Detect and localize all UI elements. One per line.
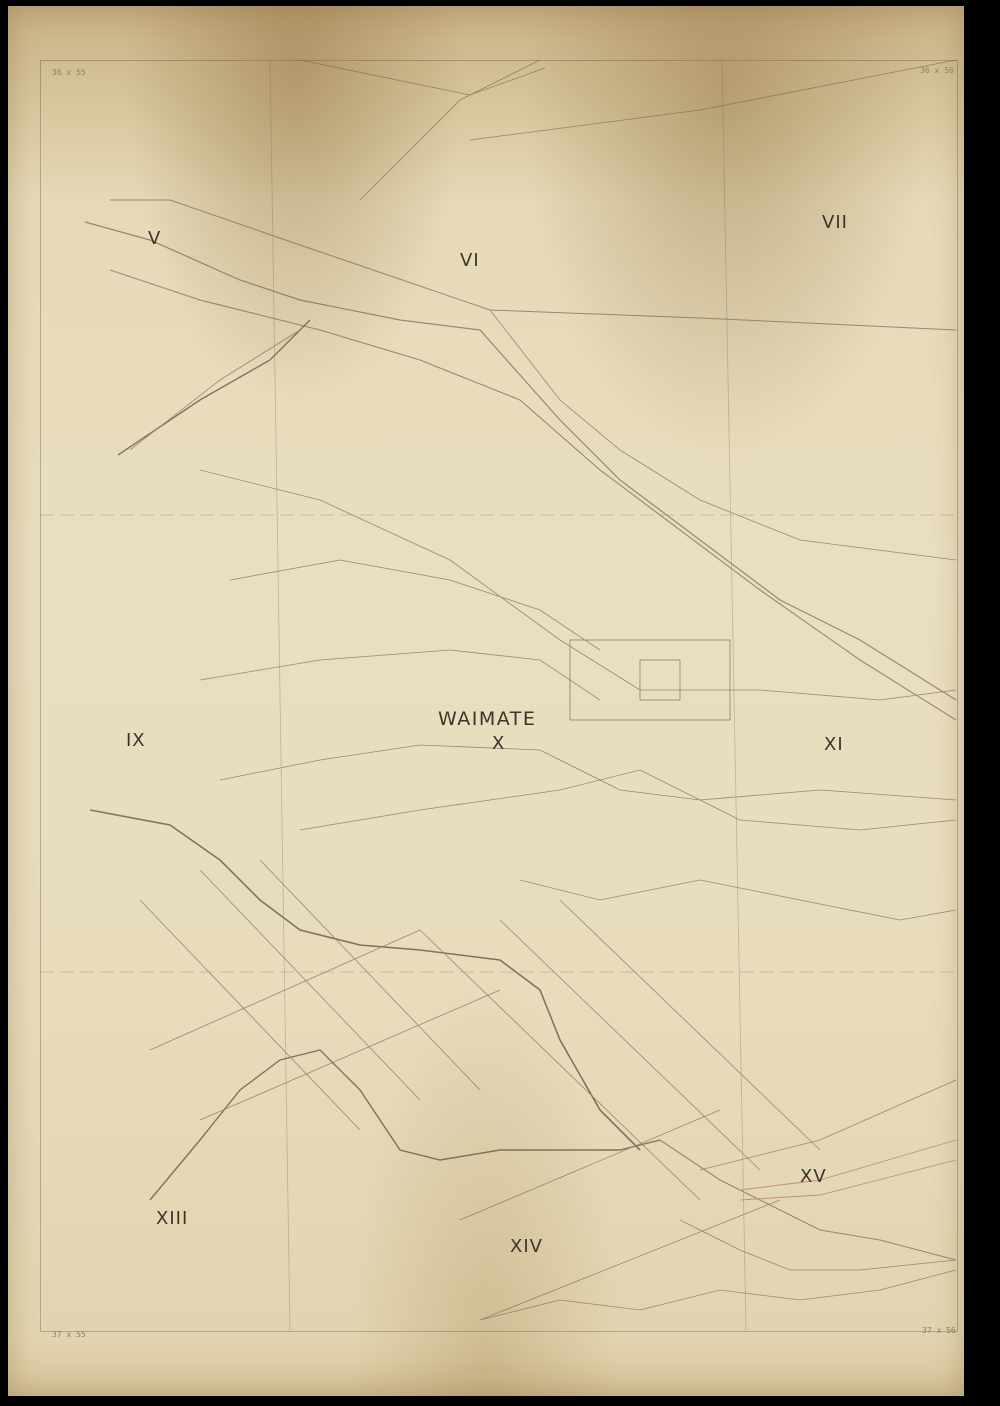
section-label-vii: VII [822,212,848,233]
section-label-xv: XV [800,1166,827,1187]
section-label-xiii: XIII [156,1208,188,1229]
section-label-ix: IX [126,730,146,751]
section-label-xiv: XIV [510,1236,543,1257]
corner-label-bottom-left: 37 x 55 [52,1330,86,1339]
corner-label-top-right: 36 x 56 [920,66,954,75]
section-label-v: V [148,228,161,249]
corner-label-bottom-right: 37 x 56 [922,1326,956,1335]
corner-label-top-left: 36 x 55 [52,68,86,77]
section-label-vi: VI [460,250,480,271]
section-label-xi: XI [824,734,844,755]
map-linework [0,0,1000,1406]
town-label-waimate: WAIMATE [438,708,536,730]
section-label-x: X [492,733,505,754]
